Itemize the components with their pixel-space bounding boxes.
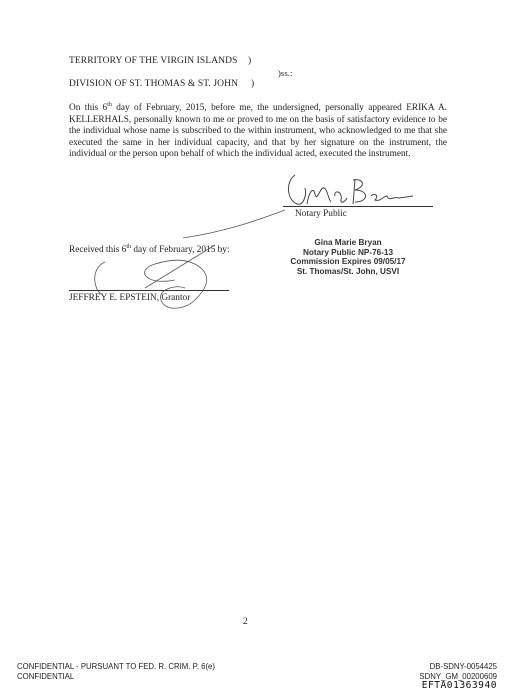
- acknowledgment-paragraph: On this 6th day of February, 2015, befor…: [69, 100, 447, 161]
- notary-stamp-id: Notary Public NP-76-13: [283, 248, 413, 258]
- notary-stamp-location: St. Thomas/St. John, USVI: [283, 267, 413, 277]
- notary-stamp-name: Gina Marie Bryan: [283, 238, 413, 248]
- footer-left: CONFIDENTIAL - PURSUANT TO FED. R. CRIM.…: [17, 662, 215, 681]
- grantor-name: JEFFREY E. EPSTEIN, Grantor: [69, 293, 190, 303]
- notary-signature-line: [283, 206, 433, 207]
- venue-division: DIVISION OF ST. THOMAS & ST. JOHN: [69, 79, 238, 89]
- venue-paren-1: ): [248, 56, 251, 66]
- ack-text-rest: day of February, 2015, before me, the un…: [69, 103, 447, 159]
- ack-text-start: On this 6: [69, 103, 107, 113]
- grantor-signature: [85, 250, 235, 315]
- venue-paren-2: ): [251, 79, 254, 89]
- venue-ss: )ss.:: [278, 68, 292, 78]
- footer-confidential: CONFIDENTIAL: [17, 672, 215, 682]
- footer-confidential-rule: CONFIDENTIAL - PURSUANT TO FED. R. CRIM.…: [17, 662, 215, 672]
- notary-stamp-commission: Commission Expires 09/05/17: [283, 257, 413, 267]
- notary-public-label: Notary Public: [295, 209, 347, 219]
- notary-stamp: Gina Marie Bryan Notary Public NP-76-13 …: [283, 238, 413, 276]
- grantor-signature-line: [69, 290, 229, 291]
- page-number: 2: [243, 617, 248, 627]
- venue-territory: TERRITORY OF THE VIRGIN ISLANDS: [69, 56, 237, 66]
- footer-efta-bates: EFTA01363940: [419, 681, 497, 691]
- footer-right: DB-SDNY-0054425 SDNY_GM_00200609 EFTA013…: [419, 662, 497, 691]
- footer-db-bates: DB-SDNY-0054425: [419, 662, 497, 672]
